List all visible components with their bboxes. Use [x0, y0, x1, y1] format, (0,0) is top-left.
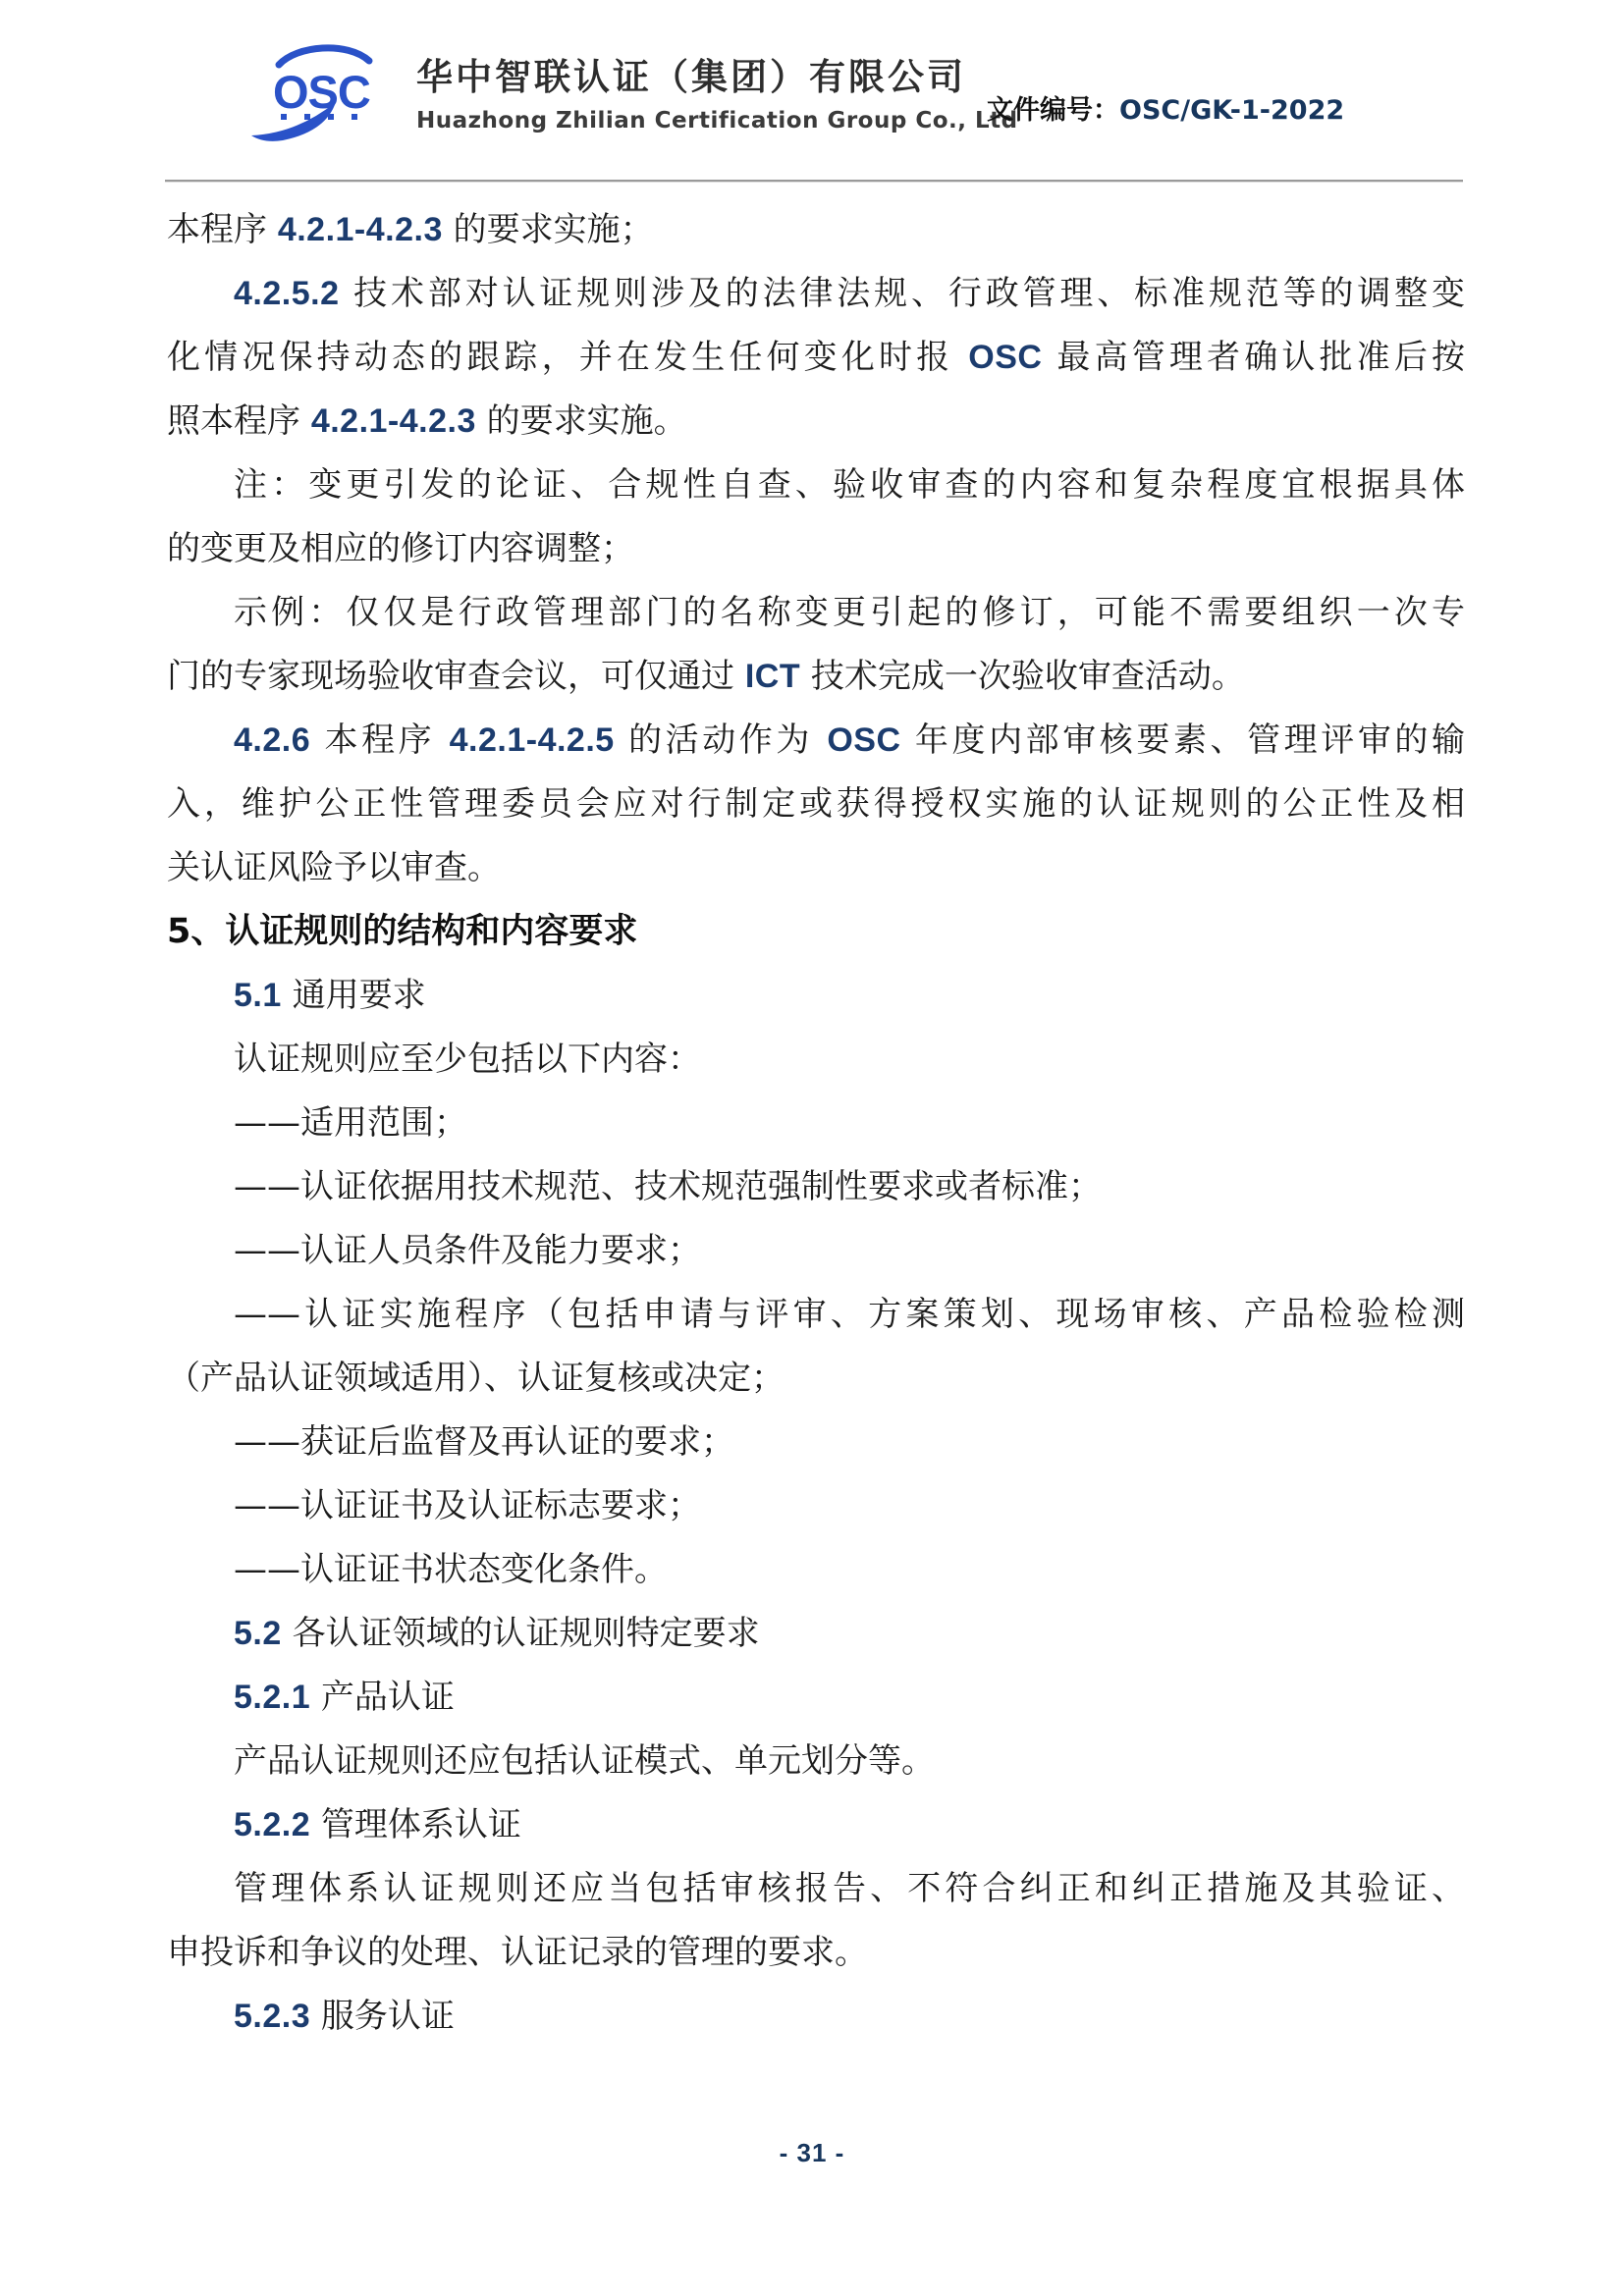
text-run: ——认证证书及认证标志要求；: [234, 1486, 701, 1525]
text-run: 化情况保持动态的跟踪，并在发生任何变化时报: [167, 338, 968, 377]
text-run: 各认证领域的认证规则特定要求: [282, 1614, 760, 1653]
text-run: 示例：仅仅是行政管理部门的名称变更引起的修订，可能不需要组织一次专: [234, 593, 1465, 632]
document-number: 文件编号：OSC/GK-1-2022: [987, 88, 1344, 127]
text-run: 产品认证: [310, 1678, 455, 1717]
document-body: 本程序 4.2.1-4.2.3 的要求实施；4.2.5.2 技术部对认证规则涉及…: [167, 198, 1465, 2049]
text-run: 通用要求: [282, 976, 426, 1015]
text-run: 服务认证: [310, 1997, 455, 2036]
text-run: 认证规则应至少包括以下内容：: [234, 1040, 701, 1079]
body-line: 本程序 4.2.1-4.2.3 的要求实施；: [167, 198, 1465, 262]
text-run: ——认证实施程序（包括申请与评审、方案策划、现场审核、产品检验检测: [234, 1295, 1465, 1334]
body-line: 照本程序 4.2.1-4.2.3 的要求实施。: [167, 390, 1465, 454]
body-line: 申投诉和争议的处理、认证记录的管理的要求。: [167, 1921, 1465, 1985]
company-logo: OSC: [245, 41, 393, 141]
body-line: ——获证后监督及再认证的要求；: [167, 1411, 1465, 1474]
text-run: 本程序: [167, 210, 278, 249]
body-line: 管理体系认证规则还应当包括审核报告、不符合纠正和纠正措施及其验证、: [167, 1857, 1465, 1921]
company-name-cn: 华中智联认证（集团）有限公司: [416, 47, 1018, 100]
text-run: 的要求实施；: [443, 210, 654, 249]
body-line: 5.1 通用要求: [167, 964, 1465, 1028]
text-run: （产品认证领域适用）、认证复核或决定；: [167, 1359, 785, 1398]
page-number: - 31 -: [780, 2138, 845, 2167]
text-run: 最高管理者确认批准后按: [1042, 338, 1465, 377]
clause-number: 5.1: [234, 977, 282, 1014]
body-line: 4.2.6 本程序 4.2.1-4.2.5 的活动作为 OSC 年度内部审核要素…: [167, 709, 1465, 773]
text-run: ——认证人员条件及能力要求；: [234, 1231, 701, 1270]
text-run: 5、认证规则的结构和内容要求: [167, 912, 637, 951]
body-line: 5.2.1 产品认证: [167, 1666, 1465, 1730]
body-line: 5.2.2 管理体系认证: [167, 1793, 1465, 1857]
text-run: 管理体系认证规则还应当包括审核报告、不符合纠正和纠正措施及其验证、: [234, 1869, 1465, 1908]
clause-number: 4.2.1-4.2.5: [450, 721, 615, 759]
text-run: 门的专家现场验收审查会议，可仅通过: [167, 657, 745, 696]
text-run: 注：变更引发的论证、合规性自查、验收审查的内容和复杂程度宜根据具体: [234, 465, 1465, 505]
header-divider: [165, 180, 1463, 183]
text-run: 入，维护公正性管理委员会应对行制定或获得授权实施的认证规则的公正性及相: [167, 784, 1465, 824]
clause-number: 4.2.1-4.2.3: [278, 211, 443, 248]
body-line: （产品认证领域适用）、认证复核或决定；: [167, 1347, 1465, 1411]
body-line: 的变更及相应的修订内容调整；: [167, 517, 1465, 581]
text-run: ——获证后监督及再认证的要求；: [234, 1422, 734, 1462]
body-line: 注：变更引发的论证、合规性自查、验收审查的内容和复杂程度宜根据具体: [167, 454, 1465, 517]
body-line: ——认证实施程序（包括申请与评审、方案策划、现场审核、产品检验检测: [167, 1283, 1465, 1347]
body-line: 示例：仅仅是行政管理部门的名称变更引起的修订，可能不需要组织一次专: [167, 581, 1465, 645]
text-run: 产品认证规则还应包括认证模式、单元划分等。: [234, 1741, 935, 1781]
osc-logo-icon: OSC: [245, 41, 393, 141]
body-line: 认证规则应至少包括以下内容：: [167, 1028, 1465, 1092]
document-page: OSC 华中智联认证（集团）有限公司 Huazhong Zhilian Cert…: [0, 0, 1624, 2296]
text-run: 本程序: [310, 721, 450, 760]
text-run: 年度内部审核要素、管理评审的输: [901, 721, 1465, 760]
body-line: 产品认证规则还应包括认证模式、单元划分等。: [167, 1730, 1465, 1793]
body-line: 化情况保持动态的跟踪，并在发生任何变化时报 OSC 最高管理者确认批准后按: [167, 326, 1465, 390]
text-run: 的要求实施。: [476, 401, 687, 441]
text-run: ——认证证书状态变化条件。: [234, 1550, 668, 1589]
body-line: ——认证证书及认证标志要求；: [167, 1474, 1465, 1538]
document-number-value: OSC/GK-1-2022: [1119, 95, 1344, 126]
clause-number: ICT: [745, 658, 800, 695]
clause-number: 5.2.1: [234, 1679, 310, 1716]
clause-number: OSC: [968, 339, 1042, 376]
body-line: 5.2 各认证领域的认证规则特定要求: [167, 1602, 1465, 1666]
document-header: OSC 华中智联认证（集团）有限公司 Huazhong Zhilian Cert…: [0, 0, 1624, 187]
body-line: ——认证人员条件及能力要求；: [167, 1219, 1465, 1283]
body-line: 入，维护公正性管理委员会应对行制定或获得授权实施的认证规则的公正性及相: [167, 773, 1465, 836]
text-run: 关认证风险予以审查。: [167, 848, 501, 887]
text-run: ——适用范围；: [234, 1103, 467, 1143]
clause-number: 5.2.2: [234, 1806, 310, 1843]
clause-number: 5.2: [234, 1615, 282, 1652]
text-run: ——认证依据用技术规范、技术规范强制性要求或者标准；: [234, 1167, 1102, 1206]
body-line: ——认证依据用技术规范、技术规范强制性要求或者标准；: [167, 1155, 1465, 1219]
text-run: 申投诉和争议的处理、认证记录的管理的要求。: [167, 1933, 868, 1972]
body-line: 5.2.3 服务认证: [167, 1985, 1465, 2049]
body-line: ——适用范围；: [167, 1092, 1465, 1155]
text-run: 技术完成一次验收审查活动。: [800, 657, 1245, 696]
svg-text:OSC: OSC: [273, 66, 370, 118]
clause-number: OSC: [827, 721, 900, 759]
text-run: 的变更及相应的修订内容调整；: [167, 529, 634, 568]
body-line: 关认证风险予以审查。: [167, 836, 1465, 900]
text-run: 管理体系认证: [310, 1805, 521, 1844]
text-run: 的活动作为: [615, 721, 828, 760]
section-heading: 5、认证规则的结构和内容要求: [167, 900, 1465, 964]
document-footer: - 31 -: [0, 2138, 1624, 2168]
body-line: ——认证证书状态变化条件。: [167, 1538, 1465, 1602]
body-line: 门的专家现场验收审查会议，可仅通过 ICT 技术完成一次验收审查活动。: [167, 645, 1465, 709]
clause-number: 4.2.1-4.2.3: [311, 402, 476, 440]
body-line: 4.2.5.2 技术部对认证规则涉及的法律法规、行政管理、标准规范等的调整变: [167, 262, 1465, 326]
company-name-en: Huazhong Zhilian Certification Group Co.…: [416, 108, 1018, 133]
text-run: 技术部对认证规则涉及的法律法规、行政管理、标准规范等的调整变: [339, 274, 1465, 313]
document-number-label: 文件编号：: [987, 95, 1119, 126]
text-run: 照本程序: [167, 401, 311, 441]
company-name-block: 华中智联认证（集团）有限公司 Huazhong Zhilian Certific…: [416, 47, 1018, 133]
clause-number: 4.2.6: [234, 721, 310, 759]
clause-number: 4.2.5.2: [234, 275, 339, 312]
clause-number: 5.2.3: [234, 1998, 310, 2035]
